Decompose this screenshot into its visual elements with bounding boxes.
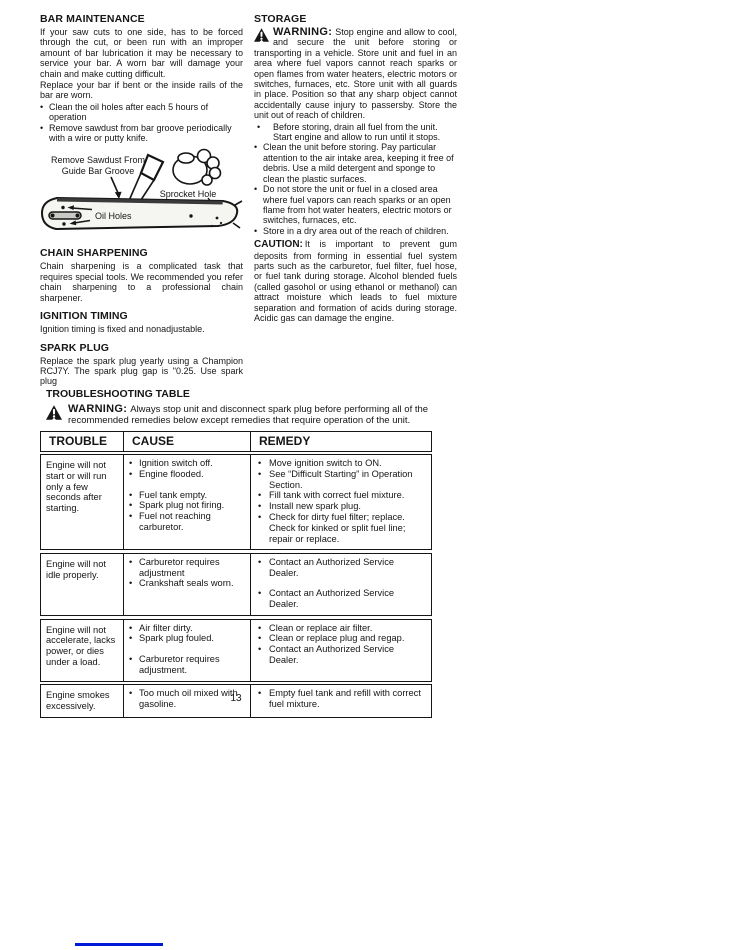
remedy-text: Fill tank with correct fuel mixture.: [269, 490, 404, 501]
remedy-item: Install new spark plug.: [256, 501, 426, 512]
bullet-text: Clean the unit before storing. Pay parti…: [263, 142, 457, 184]
remedy-item: Contact an Authorized Service Dealer.: [256, 588, 426, 610]
storage-warning-paragraph: WARNING:Stop engine and allow to cool, a…: [254, 27, 457, 121]
cause-text: Air filter dirty.: [139, 623, 193, 634]
storage-warning-text: Stop engine and allow to cool, and secur…: [254, 27, 457, 120]
right-column: STORAGE WARNING:Stop engine and allow to…: [254, 13, 457, 404]
storage-bullets: Before storing, drain all fuel from the …: [254, 122, 457, 236]
column-header-remedy: REMEDY: [250, 432, 431, 451]
bullet-item: Remove sawdust from bar groove periodica…: [40, 123, 243, 144]
trouble-cell: Engine will not start or will run only a…: [41, 455, 123, 549]
remedy-cell: Clean or replace air filter. Clean or re…: [250, 620, 431, 681]
cause-item: Fuel not reaching carburetor.: [129, 511, 245, 533]
bottom-accent-line: [75, 943, 163, 946]
cause-text: Carburetor requires adjustment.: [139, 654, 245, 676]
trouble-cell: Engine will not idle properly.: [41, 554, 123, 615]
trouble-cell: Engine will not accelerate, lacks power,…: [41, 620, 123, 681]
caution-label: CAUTION:: [254, 239, 303, 250]
cause-text: Spark plug not firing.: [139, 500, 224, 511]
cause-cell: Air filter dirty. Spark plug fouled. Car…: [123, 620, 250, 681]
hand-illustration: [173, 150, 221, 186]
column-header-trouble: TROUBLE: [41, 432, 123, 451]
remedy-item: Move ignition switch to ON.: [256, 458, 426, 469]
cause-item: Carburetor requires adjustment.: [129, 654, 245, 676]
bullet-text: Before storing, drain all fuel from the …: [273, 122, 457, 143]
warning-label: WARNING:: [68, 403, 127, 415]
chain-sharpening-paragraph: Chain sharpening is a complicated task t…: [40, 261, 243, 303]
remedy-text: Clean or replace air filter.: [269, 623, 372, 634]
ignition-timing-paragraph: Ignition timing is fixed and nonadjustab…: [40, 324, 243, 334]
remedy-text: Clean or replace plug and regap.: [269, 633, 404, 644]
column-header-cause: CAUSE: [123, 432, 250, 451]
remedy-item: Contact an Authorized Service Dealer.: [256, 644, 426, 666]
remedy-item: Check for dirty fuel filter; replace. Ch…: [256, 512, 426, 544]
page-number: 13: [40, 693, 432, 704]
cause-item: Crankshaft seals worn.: [129, 578, 245, 589]
diagram-label-oil-holes: Oil Holes: [95, 211, 132, 221]
cause-cell: Carburetor requires adjustment Crankshaf…: [123, 554, 250, 615]
section-heading-spark-plug: SPARK PLUG: [40, 342, 243, 354]
remedy-text: See “Difficult Starting” in Operation Se…: [269, 469, 426, 491]
cause-item: Engine flooded.: [129, 469, 245, 480]
remedy-item: See “Difficult Starting” in Operation Se…: [256, 469, 426, 491]
oil-holes-slot: [49, 212, 81, 219]
remedy-text: Contact an Authorized Service Dealer.: [269, 557, 426, 579]
diagram-label-sprocket-hole: Sprocket Hole: [160, 189, 217, 199]
table-warning-text-block: WARNING:Always stop unit and disconnect …: [68, 404, 442, 426]
cause-item: Air filter dirty.: [129, 623, 245, 634]
arrow-to-groove: [111, 177, 122, 199]
cause-item: Spark plug fouled.: [129, 633, 245, 644]
caution-text: It is important to prevent gum deposits …: [254, 239, 457, 323]
section-heading-storage: STORAGE: [254, 13, 457, 25]
section-heading-bar-maintenance: BAR MAINTENANCE: [40, 13, 243, 25]
cause-text: Ignition switch off.: [139, 458, 213, 469]
diagram-label-remove-sawdust-line2: Guide Bar Groove: [62, 166, 135, 176]
bar-maintenance-bullets: Clean the oil holes after each 5 hours o…: [40, 102, 243, 144]
bullet-text: Clean the oil holes after each 5 hours o…: [49, 102, 243, 123]
cause-text: Carburetor requires adjustment: [139, 557, 245, 579]
remedy-text: Move ignition switch to ON.: [269, 458, 382, 469]
remedy-item: Contact an Authorized Service Dealer.: [256, 557, 426, 579]
cause-text: Crankshaft seals worn.: [139, 578, 234, 589]
remedy-cell: Contact an Authorized Service Dealer. Co…: [250, 554, 431, 615]
remedy-text: Check for dirty fuel filter; replace. Ch…: [269, 512, 426, 544]
cause-cell: Ignition switch off. Engine flooded. Fue…: [123, 455, 250, 549]
cause-item: Carburetor requires adjustment: [129, 557, 245, 579]
remedy-item: Clean or replace plug and regap.: [256, 633, 426, 644]
two-column-layout: BAR MAINTENANCE If your saw cuts to one …: [40, 13, 458, 404]
diagram-label-remove-sawdust-line1: Remove Sawdust From: [51, 155, 145, 165]
troubleshooting-table: TROUBLE CAUSE REMEDY Engine will not sta…: [40, 431, 432, 718]
bullet-item: Do not store the unit or fuel in a close…: [254, 184, 457, 226]
section-heading-ignition-timing: IGNITION TIMING: [40, 310, 243, 322]
table-header-row: TROUBLE CAUSE REMEDY: [40, 431, 432, 452]
bullet-item: Clean the oil holes after each 5 hours o…: [40, 102, 243, 123]
cause-text: Fuel not reaching carburetor.: [139, 511, 245, 533]
bullet-item: Before storing, drain all fuel from the …: [254, 122, 457, 143]
cause-text: Engine flooded.: [139, 469, 204, 480]
troubleshooting-table-heading: TROUBLESHOOTING TABLE: [46, 388, 243, 400]
warning-icon: [46, 405, 62, 426]
table-row: Engine will not start or will run only a…: [40, 454, 432, 550]
section-heading-chain-sharpening: CHAIN SHARPENING: [40, 247, 243, 259]
cause-item: Spark plug not firing.: [129, 500, 245, 511]
table-row: Engine will not idle properly. Carbureto…: [40, 553, 432, 616]
table-warning: WARNING:Always stop unit and disconnect …: [46, 404, 442, 426]
bullet-item: Store in a dry area out of the reach of …: [254, 226, 457, 236]
table-row: Engine will not accelerate, lacks power,…: [40, 619, 432, 682]
remedy-text: Install new spark plug.: [269, 501, 361, 512]
warning-label: WARNING:: [273, 26, 332, 38]
remedy-item: Clean or replace air filter.: [256, 623, 426, 634]
remedy-text: Contact an Authorized Service Dealer.: [269, 588, 426, 610]
manual-page: BAR MAINTENANCE If your saw cuts to one …: [0, 0, 734, 950]
cause-item: Ignition switch off.: [129, 458, 245, 469]
cause-text: Fuel tank empty.: [139, 490, 207, 501]
page-content: BAR MAINTENANCE If your saw cuts to one …: [40, 13, 458, 718]
bar-maintenance-paragraph-2: Replace your bar if bent or the inside r…: [40, 80, 243, 101]
remedy-cell: Move ignition switch to ON. See “Difficu…: [250, 455, 431, 549]
bar-maintenance-paragraph-1: If your saw cuts to one side, has to be …: [40, 27, 243, 79]
cause-item: Fuel tank empty.: [129, 490, 245, 501]
guide-bar-diagram: Remove Sawdust From Guide Bar Groove: [40, 146, 243, 240]
remedy-item: Fill tank with correct fuel mixture.: [256, 490, 426, 501]
bullet-text: Do not store the unit or fuel in a close…: [263, 184, 457, 226]
storage-caution-paragraph: CAUTION:It is important to prevent gum d…: [254, 239, 457, 323]
remedy-text: Contact an Authorized Service Dealer.: [269, 644, 426, 666]
left-column: BAR MAINTENANCE If your saw cuts to one …: [40, 13, 243, 404]
bullet-text: Remove sawdust from bar groove periodica…: [49, 123, 243, 144]
warning-icon: [254, 28, 269, 44]
bullet-item: Clean the unit before storing. Pay parti…: [254, 142, 457, 184]
spark-plug-paragraph: Replace the spark plug yearly using a Ch…: [40, 356, 243, 387]
cause-text: Spark plug fouled.: [139, 633, 214, 644]
bullet-text: Store in a dry area out of the reach of …: [263, 226, 449, 236]
